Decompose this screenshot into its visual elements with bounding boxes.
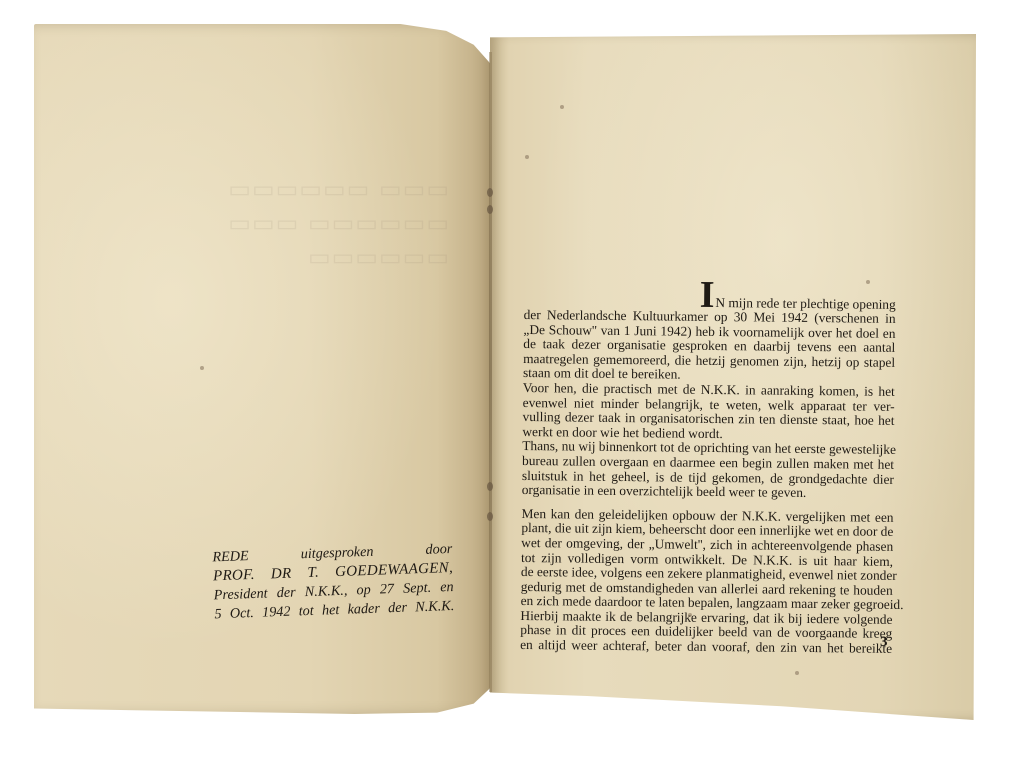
paragraph: Voor hen, die practisch met de N.K.K. in…	[522, 381, 895, 443]
paper-speck	[795, 671, 799, 675]
binding-stitch	[487, 205, 493, 214]
paper-speck	[525, 155, 529, 159]
binding-stitch	[487, 188, 493, 197]
book-gutter	[489, 52, 492, 692]
paragraph: Men kan den geleidelijken opbouw der N.K…	[520, 507, 894, 657]
paper-speck	[200, 366, 204, 370]
paragraph: I N mijn rede ter plechtige opening der …	[523, 278, 896, 385]
paper-speck	[560, 105, 564, 109]
paragraph: Thans, nu wij binnenkort tot de oprichti…	[522, 439, 895, 501]
bleed-through-title: ▭▭▭▭▭▭ ▭▭▭ ▭▭▭ ▭▭▭▭▭▭ ▭▭▭▭▭▭	[120, 172, 450, 274]
booklet-spread: ▭▭▭▭▭▭ ▭▭▭ ▭▭▭ ▭▭▭▭▭▭ ▭▭▭▭▭▭ REDE uitges…	[0, 0, 1024, 768]
body-text: I N mijn rede ter plechtige opening der …	[520, 278, 896, 657]
speech-attribution: REDE uitgesproken door PROF. DR T. GOEDE…	[212, 540, 455, 624]
page-number: 3	[880, 634, 888, 651]
binding-stitch	[487, 512, 493, 521]
drop-cap: I	[700, 280, 715, 310]
binding-stitch	[487, 482, 493, 491]
